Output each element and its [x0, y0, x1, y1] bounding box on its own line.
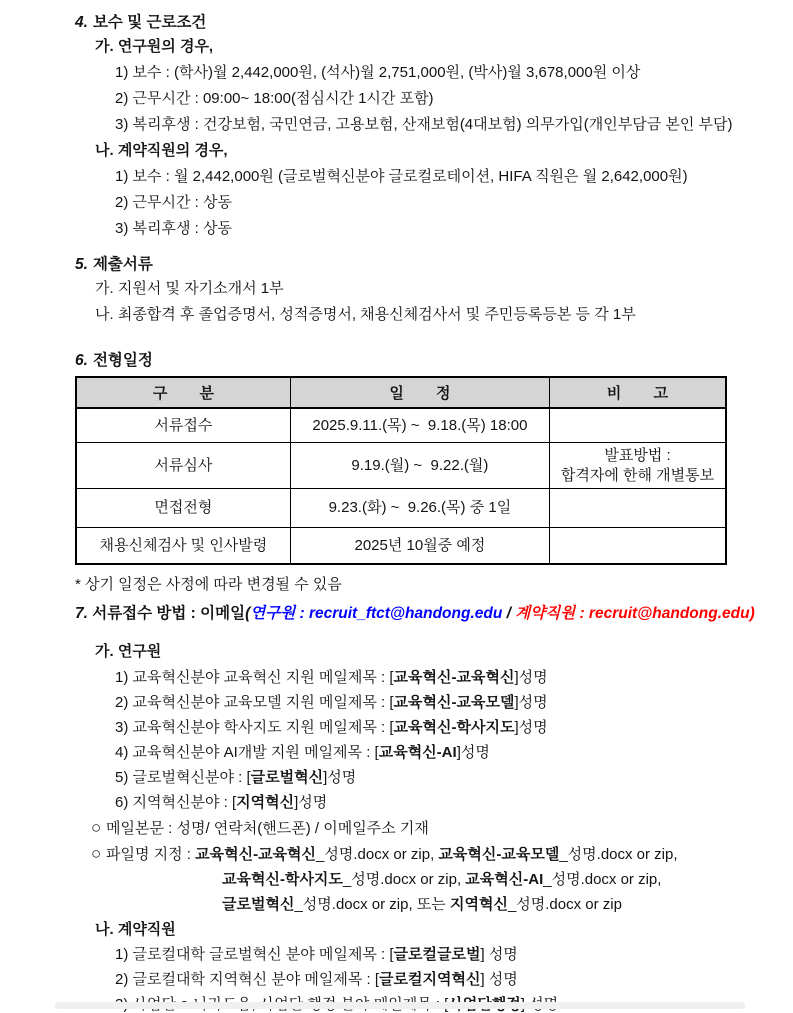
schedule-header-date: 일 정 [290, 377, 549, 408]
text-line: ○ 메일본문 : 성명/ 연락처(핸드폰) / 이메일주소 기재 [91, 815, 753, 841]
schedule-header-remark: 비 고 [549, 377, 726, 408]
text-segment: 글로벌혁신 [251, 769, 323, 786]
s4-group-contract-items: 1) 보수 : 월 2,442,000원 (글로벌혁신분야 글로컬로테이션, H… [75, 164, 753, 242]
text-segment: 서류접수 방법 : 이메일 [92, 605, 245, 622]
text-line: 3) 복리후생 : 건강보험, 국민연금, 고용보험, 산재보험(4대보험) 의… [115, 112, 753, 138]
text-segment: _성명.docx or zip [508, 896, 622, 913]
section-5-number: 5. [75, 256, 88, 273]
schedule-table-row: 면접전형9.23.(화) ~ 9.26.(목) 중 1일 [76, 489, 726, 528]
text-segment: ] 성명 [480, 946, 517, 963]
s5-items: 가. 지원서 및 자기소개서 1부나. 최종합격 후 졸업증명서, 성적증명서,… [75, 276, 753, 328]
text-segment: ) [750, 605, 755, 622]
schedule-table-cell [549, 528, 726, 565]
text-segment: 4) 교육혁신분야 AI개발 지원 메일제목 : [ [115, 744, 379, 761]
text-segment: 교육혁신-교육모델 [438, 846, 559, 863]
text-segment: 계약직원 : [515, 605, 589, 622]
text-line: 가. 지원서 및 자기소개서 1부 [95, 276, 753, 302]
text-segment: 3) 교육혁신분야 학사지도 지원 메일제목 : [ [115, 719, 394, 736]
text-segment: 2) 교육혁신분야 교육모델 지원 메일제목 : [ [115, 694, 394, 711]
schedule-table-row: 서류심사9.19.(월) ~ 9.22.(월)발표방법 : 합격자에 한해 개별… [76, 443, 726, 489]
text-line: 1) 보수 : (학사)월 2,442,000원, (석사)월 2,751,00… [115, 60, 753, 86]
section-4-title: 보수 및 근로조건 [93, 14, 206, 31]
text-line: 5) 글로벌혁신분야 : [글로벌혁신]성명 [115, 765, 753, 790]
section-5-heading: 5.제출서류 [75, 254, 753, 276]
text-segment: _성명.docx or zip, [543, 871, 661, 888]
document-page: 4.보수 및 근로조건 가. 연구원의 경우, 1) 보수 : (학사)월 2,… [0, 0, 793, 1013]
circle-bullet-icon: ○ [91, 818, 106, 837]
schedule-table-body: 서류접수2025.9.11.(목) ~ 9.18.(목) 18:00서류심사9.… [76, 408, 726, 564]
schedule-table-cell: 2025년 10월중 예정 [290, 528, 549, 565]
text-line: ○ 파일명 지정 : 교육혁신-교육혁신_성명.docx or zip, 교육혁… [91, 841, 753, 867]
contract-email-link[interactable]: recruit@handong.edu [589, 605, 750, 622]
researcher-email-link[interactable]: recruit_ftct@handong.edu [309, 605, 502, 622]
schedule-table-cell: 서류접수 [76, 408, 290, 443]
text-segment: 7. [75, 605, 92, 622]
schedule-table-cell: 9.23.(화) ~ 9.26.(목) 중 1일 [290, 489, 549, 528]
circle-bullet-icon: ○ [91, 844, 106, 863]
text-segment: / [502, 605, 515, 622]
text-segment: 교육혁신-교육모델 [394, 694, 515, 711]
s7-researcher-items: 1) 교육혁신분야 교육혁신 지원 메일제목 : [교육혁신-교육혁신]성명2)… [75, 665, 753, 815]
text-line: 3) 복리후생 : 상동 [115, 216, 753, 242]
text-segment: 6) 지역혁신분야 : [ [115, 794, 236, 811]
text-segment: 교육혁신-교육혁신 [394, 669, 515, 686]
text-segment: ] 성명 [480, 971, 517, 988]
page-bottom-cutoff-artifact [55, 1002, 745, 1009]
text-segment: ]성명 [514, 719, 547, 736]
text-segment: ]성명 [457, 744, 490, 761]
schedule-table-cell: 2025.9.11.(목) ~ 9.18.(목) 18:00 [290, 408, 549, 443]
text-line: 글로벌혁신_성명.docx or zip, 또는 지역혁신_성명.docx or… [222, 892, 753, 917]
text-segment: 지역혁신 [236, 794, 294, 811]
schedule-table-cell: 면접전형 [76, 489, 290, 528]
s4-group-researcher-label: 가. 연구원의 경우, [75, 34, 753, 60]
s7-contract-label: 나. 계약직원 [75, 917, 753, 942]
text-line: 3) 교육혁신분야 학사지도 지원 메일제목 : [교육혁신-학사지도]성명 [115, 715, 753, 740]
text-line: 2) 교육혁신분야 교육모델 지원 메일제목 : [교육혁신-교육모델]성명 [115, 690, 753, 715]
text-segment: 지역혁신 [450, 896, 508, 913]
schedule-header-category: 구 분 [76, 377, 290, 408]
text-segment: ]성명 [514, 694, 547, 711]
text-segment: 1) 교육혁신분야 교육혁신 지원 메일제목 : [ [115, 669, 394, 686]
section-6-number: 6. [75, 352, 88, 369]
schedule-table-cell: 9.19.(월) ~ 9.22.(월) [290, 443, 549, 489]
text-segment: ]성명 [514, 669, 547, 686]
text-segment: 교육혁신-학사지도 [222, 871, 343, 888]
schedule-table-cell [549, 408, 726, 443]
text-line: 4) 교육혁신분야 AI개발 지원 메일제목 : [교육혁신-AI]성명 [115, 740, 753, 765]
text-segment: 연구원 : [250, 605, 309, 622]
text-segment: _성명.docx or zip, 또는 [294, 896, 450, 913]
text-line: 교육혁신-학사지도_성명.docx or zip, 교육혁신-AI_성명.doc… [222, 867, 753, 892]
text-segment: 교육혁신-AI [465, 871, 543, 888]
text-segment: 글로벌혁신 [222, 896, 294, 913]
section-6-heading: 6.전형일정 [75, 350, 753, 372]
text-segment: 글로컬지역혁신 [379, 971, 480, 988]
schedule-table-cell [549, 489, 726, 528]
text-line: 2) 근무시간 : 상동 [115, 190, 753, 216]
text-segment: ]성명 [294, 794, 327, 811]
section-7-heading: 7. 서류접수 방법 : 이메일(연구원 : recruit_ftct@hand… [75, 603, 753, 625]
text-segment: _성명.docx or zip, [316, 846, 438, 863]
schedule-table-cell: 서류심사 [76, 443, 290, 489]
text-segment: 글로컬글로벌 [394, 946, 481, 963]
schedule-note: * 상기 일정은 사정에 따라 변경될 수 있음 [75, 575, 753, 595]
s7-researcher-bullets: ○ 메일본문 : 성명/ 연락처(핸드폰) / 이메일주소 기재○ 파일명 지정… [75, 815, 753, 867]
schedule-table-row: 서류접수2025.9.11.(목) ~ 9.18.(목) 18:00 [76, 408, 726, 443]
text-segment: _성명.docx or zip, [343, 871, 465, 888]
text-line: 2) 근무시간 : 09:00~ 18:00(점심시간 1시간 포함) [115, 86, 753, 112]
s4-group-researcher-items: 1) 보수 : (학사)월 2,442,000원, (석사)월 2,751,00… [75, 60, 753, 138]
text-line: 2) 글로컬대학 지역혁신 분야 메일제목 : [글로컬지역혁신] 성명 [115, 967, 753, 992]
section-4-number: 4. [75, 14, 88, 31]
text-segment: ]성명 [323, 769, 356, 786]
text-line: 1) 교육혁신분야 교육혁신 지원 메일제목 : [교육혁신-교육혁신]성명 [115, 665, 753, 690]
text-segment: 파일명 지정 : [106, 846, 195, 863]
schedule-table-cell: 채용신체검사 및 인사발령 [76, 528, 290, 565]
text-line: 1) 보수 : 월 2,442,000원 (글로벌혁신분야 글로컬로테이션, H… [115, 164, 753, 190]
schedule-table: 구 분 일 정 비 고 서류접수2025.9.11.(목) ~ 9.18.(목)… [75, 376, 727, 565]
section-5-title: 제출서류 [93, 256, 153, 273]
text-segment: 1) 글로컬대학 글로벌혁신 분야 메일제목 : [ [115, 946, 394, 963]
text-segment: 2) 글로컬대학 지역혁신 분야 메일제목 : [ [115, 971, 379, 988]
text-line: 나. 최종합격 후 졸업증명서, 성적증명서, 채용신체검사서 및 주민등록등본… [95, 302, 753, 328]
text-segment: 교육혁신-AI [379, 744, 457, 761]
s7-researcher-label: 가. 연구원 [75, 639, 753, 665]
s7-researcher-bullet-continuation: 교육혁신-학사지도_성명.docx or zip, 교육혁신-AI_성명.doc… [75, 867, 753, 917]
text-segment: _성명.docx or zip, [559, 846, 677, 863]
schedule-table-cell: 발표방법 : 합격자에 한해 개별통보 [549, 443, 726, 489]
text-segment: 메일본문 : 성명/ 연락처(핸드폰) / 이메일주소 기재 [106, 820, 429, 837]
s4-group-contract-label: 나. 계약직원의 경우, [75, 138, 753, 164]
text-segment: 교육혁신-학사지도 [394, 719, 515, 736]
text-line: 6) 지역혁신분야 : [지역혁신]성명 [115, 790, 753, 815]
section-6-title: 전형일정 [93, 352, 153, 369]
section-4-heading: 4.보수 및 근로조건 [75, 12, 753, 34]
text-segment: 5) 글로벌혁신분야 : [ [115, 769, 251, 786]
schedule-table-row: 채용신체검사 및 인사발령2025년 10월중 예정 [76, 528, 726, 565]
text-line: 1) 글로컬대학 글로벌혁신 분야 메일제목 : [글로컬글로벌] 성명 [115, 942, 753, 967]
schedule-table-header-row: 구 분 일 정 비 고 [76, 377, 726, 408]
text-segment: 교육혁신-교육혁신 [195, 846, 316, 863]
